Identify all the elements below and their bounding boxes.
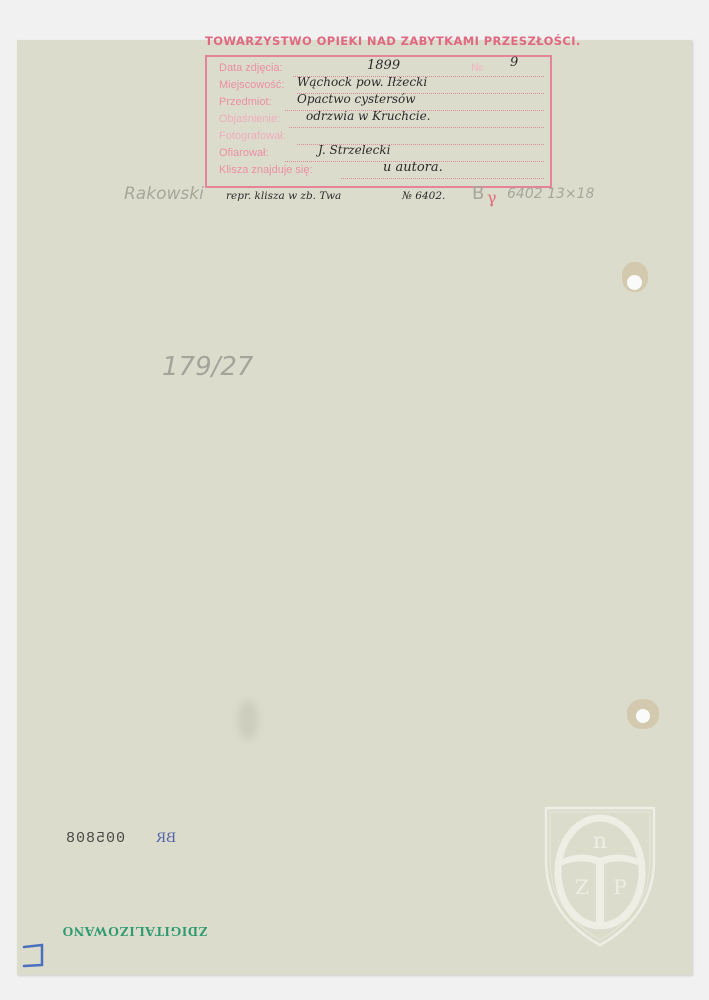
punch-hole [627,275,642,290]
field-label: Fotografował: [219,130,286,142]
punch-hole [636,709,650,723]
handwritten-number: 9 [510,55,518,70]
repro-number: № 6402. [402,190,445,202]
inventory-number: 005808 [65,830,125,847]
pencil-format: 6402 13×18 [507,186,594,202]
pencil-catalog-number: 179/27 [162,352,253,382]
svg-text:Z: Z [575,875,589,899]
handwritten-explanation: odrzwia w Kruchcie. [306,109,430,123]
pencil-letter-b: B [472,183,484,204]
pencil-name-rakowski: Rakowski [124,184,204,204]
field-label: Ofiarował: [219,147,269,159]
inventory-prefix-mirrored: BR [156,830,176,847]
svg-text:P: P [613,875,626,899]
number-label: № [471,62,483,74]
handwritten-plate-location: u autora. [383,160,443,175]
blue-square-mark-icon [18,942,48,970]
field-label: Przedmiot: [219,96,272,108]
inventory-prefix: BR [156,830,176,847]
red-mark: γ [487,188,497,207]
field-plate-location: Klisza znajduje się: [207,163,550,180]
inventory-number-mirrored: 005808 [65,830,125,847]
field-label: Miejscowość: [219,79,284,91]
digitized-stamp: ZDIGITALIZOWANO [62,922,208,938]
field-label: Klisza znajduje się: [219,164,313,176]
ntzp-watermark-shield-icon: n Z P [540,800,660,950]
society-header-stamp: TOWARZYSTWO OPIEKI NAD ZABYTKAMI PRZESZŁ… [205,34,555,48]
digitized-stamp-text: ZDIGITALIZOWANO [62,922,208,938]
handwritten-subject: Opactwo cystersów [297,92,416,106]
handwritten-date: 1899 [367,58,400,73]
repro-note: repr. klisza w zb. Twa [226,190,341,202]
field-label: Objaśnienie: [219,113,280,125]
field-label: Data zdjęcia: [219,62,283,74]
smudge-mark [238,700,258,740]
handwritten-donor: J. Strzelecki [318,143,390,157]
dotted-line [289,127,544,128]
dotted-line [341,178,544,179]
handwritten-location: Wąchock pow. Iłżecki [297,75,427,89]
svg-text:n: n [593,829,607,854]
